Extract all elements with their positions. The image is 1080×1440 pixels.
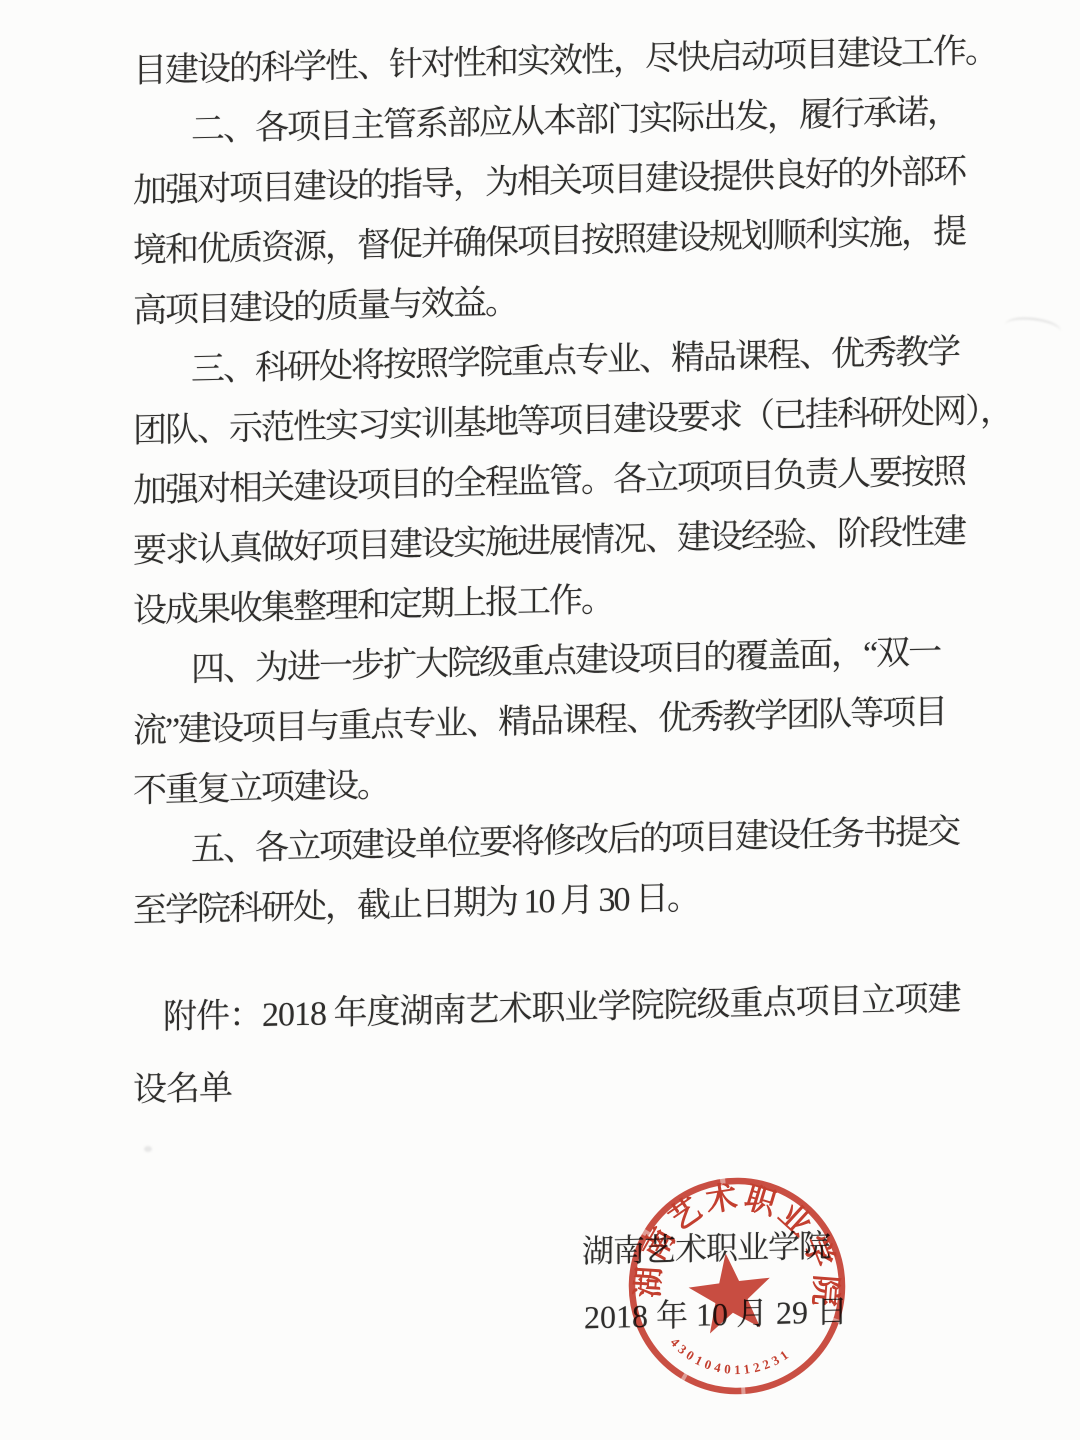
svg-text:4301040112231: 4301040112231	[667, 1334, 795, 1378]
document-content: 目建设的科学性、针对性和实效性，尽快启动项目建设工作。 二、各项目主管系部应从本…	[133, 20, 1053, 1432]
official-seal: 湖南艺术职业学院 4301040112231	[615, 1164, 859, 1408]
seal-code: 4301040112231	[667, 1334, 795, 1378]
seal-star-icon	[685, 1248, 776, 1335]
scan-smudge	[144, 1146, 152, 1152]
scanned-document-page: 目建设的科学性、针对性和实效性，尽快启动项目建设工作。 二、各项目主管系部应从本…	[0, 0, 1080, 1440]
attachment-note: 附件：2018 年度湖南艺术职业学院院级重点项目立项建 设名单	[133, 963, 961, 1127]
document-body: 目建设的科学性、针对性和实效性，尽快启动项目建设工作。 二、各项目主管系部应从本…	[133, 21, 1012, 942]
